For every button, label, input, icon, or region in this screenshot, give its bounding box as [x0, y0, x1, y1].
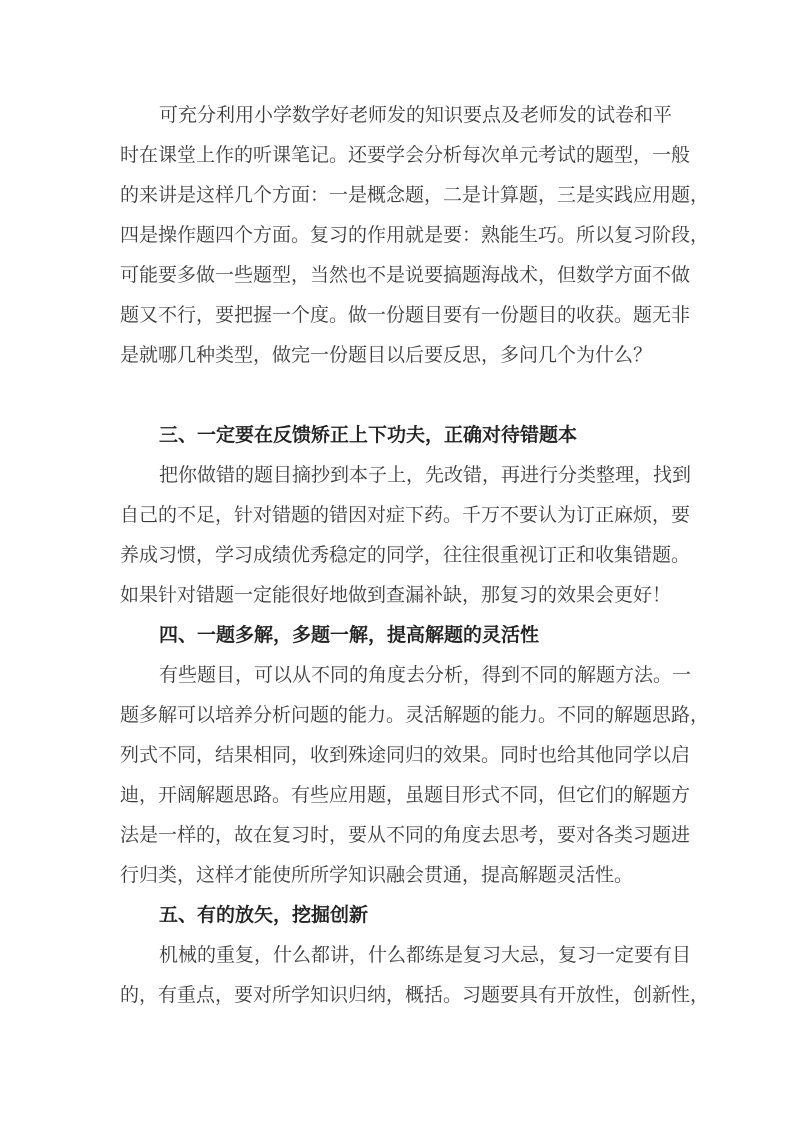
- paragraph-line: 列式不同，结果相同，收到殊途同归的效果。同时也给其他同学以启: [120, 740, 676, 770]
- paragraph-line: 如果针对错题一定能很好地做到查漏补缺，那复习的效果会更好！: [120, 580, 676, 610]
- paragraph-line: 迪，开阔解题思路。有些应用题，虽题目形式不同，但它们的解题方: [120, 780, 676, 810]
- document-page: 可充分利用小学数学好老师发的知识要点及老师发的试卷和平 时在课堂上作的听课笔记。…: [0, 0, 793, 1122]
- section-heading-5: 五、有的放矢，挖掘创新: [159, 900, 676, 930]
- paragraph-line: 可充分利用小学数学好老师发的知识要点及老师发的试卷和平: [159, 100, 676, 130]
- paragraph-line: 机械的重复，什么都讲，什么都练是复习大忌，复习一定要有目: [159, 940, 676, 970]
- paragraph-line: 题多解可以培养分析问题的能力。灵活解题的能力。不同的解题思路，: [120, 700, 676, 730]
- paragraph-line: 有些题目，可以从不同的角度去分析，得到不同的解题方法。一: [159, 660, 676, 690]
- paragraph-line: 是就哪几种类型，做完一份题目以后要反思，多问几个为什么？: [120, 340, 676, 370]
- paragraph-line: 时在课堂上作的听课笔记。还要学会分析每次单元考试的题型，一般: [120, 140, 676, 170]
- paragraph-line: 行归类，这样才能使所所学知识融会贯通，提高解题灵活性。: [120, 860, 676, 890]
- paragraph-line: 四是操作题四个方面。复习的作用就是要：熟能生巧。所以复习阶段，: [120, 220, 676, 250]
- section-heading-3: 三、一定要在反馈矫正上下功夫，正确对待错题本: [159, 420, 676, 450]
- paragraph-line: 可能要多做一些题型，当然也不是说要搞题海战术，但数学方面不做: [120, 260, 676, 290]
- section-heading-4: 四、一题多解，多题一解，提高解题的灵活性: [159, 620, 676, 650]
- paragraph-line: 养成习惯，学习成绩优秀稳定的同学，往往很重视订正和收集错题。: [120, 540, 676, 570]
- paragraph-line: 把你做错的题目摘抄到本子上，先改错，再进行分类整理，找到: [159, 460, 676, 490]
- paragraph-line: 的，有重点，要对所学知识归纳，概括。习题要具有开放性，创新性，: [120, 980, 676, 1010]
- paragraph-line: 题又不行，要把握一个度。做一份题目要有一份题目的收获。题无非: [120, 300, 676, 330]
- paragraph-line: 法是一样的，故在复习时，要从不同的角度去思考，要对各类习题进: [120, 820, 676, 850]
- paragraph-line: 的来讲是这样几个方面：一是概念题，二是计算题，三是实践应用题，: [120, 180, 676, 210]
- paragraph-line: 自己的不足，针对错题的错因对症下药。千万不要认为订正麻烦，要: [120, 500, 676, 530]
